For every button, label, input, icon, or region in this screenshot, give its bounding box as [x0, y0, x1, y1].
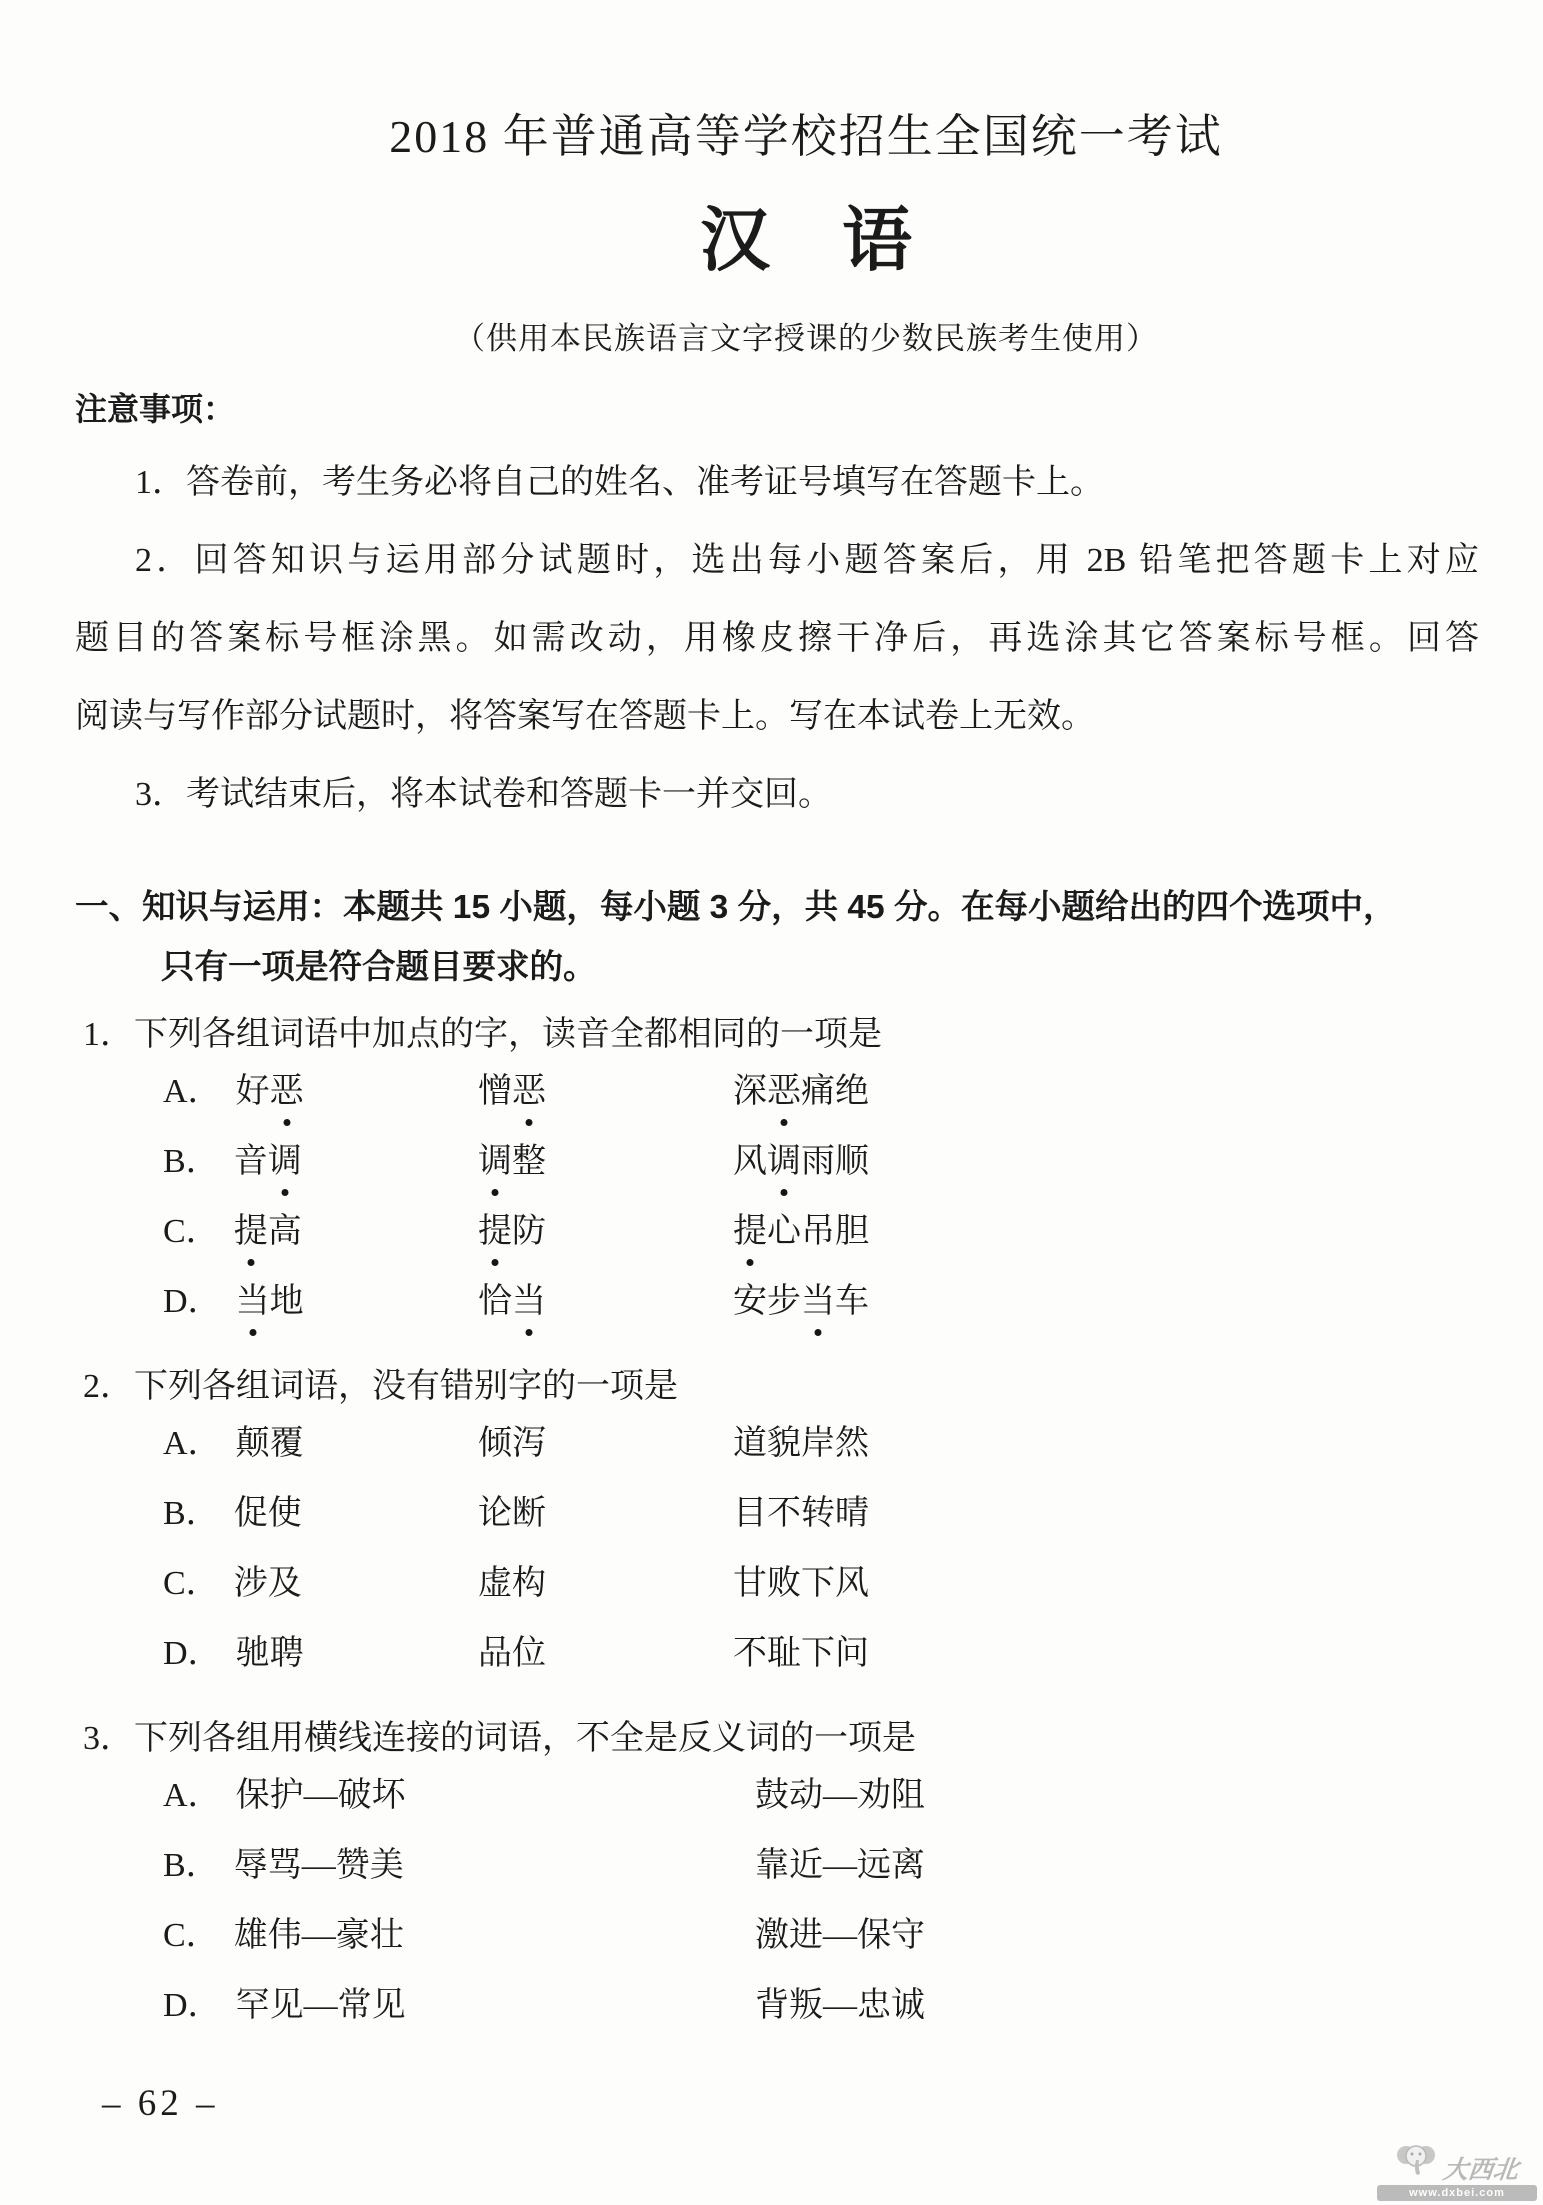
option-cell: B．辱骂—赞美	[163, 1844, 755, 1888]
option-cell: 品位	[478, 1632, 733, 1676]
option-word: 涉及	[234, 1565, 302, 1602]
option-word: 调整	[478, 1143, 546, 1180]
exam-title: 2018 年普通高等学校招生全国统一考试	[133, 100, 1479, 166]
option-cell: 不耻下问	[733, 1632, 1479, 1676]
option-cell: D．驰聘	[163, 1632, 478, 1676]
option-word: 好恶	[236, 1073, 304, 1110]
option-word: 提高	[234, 1213, 302, 1250]
option-cell: 提防	[478, 1210, 733, 1254]
subject-char-1: 汉	[700, 201, 770, 279]
option-cell: 鼓动—劝阻	[755, 1774, 1479, 1818]
option-word: 倾泻	[478, 1425, 546, 1462]
question-1-option-B: B．音调调整风调雨顺	[163, 1140, 1479, 1210]
notice-line-3: 题目的答案标号框涂黑。如需改动，用橡皮擦干净后，再选涂其它答案标号框。回答	[75, 600, 1479, 678]
watermark-url: www.dxbei.com	[1377, 2185, 1537, 2201]
question-3: 3．下列各组用横线连接的词语，不全是反义词的一项是A．保护—破坏鼓动—劝阻B．辱…	[75, 1716, 1479, 2054]
option-label: B．	[163, 1847, 220, 1884]
option-word: 辱骂—赞美	[234, 1847, 404, 1884]
option-word: 雄伟—豪壮	[234, 1917, 404, 1954]
option-cell: D．罕见—常见	[163, 1984, 755, 2028]
option-word: 激进—保守	[755, 1917, 925, 1954]
option-word: 音调	[234, 1143, 302, 1180]
option-word: 不耻下问	[733, 1635, 869, 1672]
option-word: 促使	[234, 1495, 302, 1532]
option-word: 保护—破坏	[236, 1777, 406, 1814]
option-word: 憎恶	[478, 1073, 546, 1110]
audience-note: （供用本民族语言文字授课的少数民族考生使用）	[133, 313, 1479, 358]
option-cell: B．音调	[163, 1140, 478, 1184]
option-label: A．	[163, 1777, 222, 1814]
question-list: 1．下列各组词语中加点的字，读音全都相同的一项是A．好恶憎恶深恶痛绝B．音调调整…	[75, 1012, 1479, 2054]
exam-subject: 汉语	[133, 202, 1479, 279]
option-cell: 背叛—忠诚	[755, 1984, 1479, 2028]
option-word: 虚构	[478, 1565, 546, 1602]
question-1-stem: 1．下列各组词语中加点的字，读音全都相同的一项是	[83, 1012, 1479, 1058]
option-label: A．	[163, 1425, 222, 1462]
option-cell: 虚构	[478, 1562, 733, 1606]
section-heading-line-1: 一、知识与运用：本题共 15 小题，每小题 3 分，共 45 分。在每小题给出的…	[75, 878, 1479, 938]
exam-paper-page: 2018 年普通高等学校招生全国统一考试 汉语 （供用本民族语言文字授课的少数民…	[0, 0, 1543, 2205]
option-label: B．	[163, 1143, 220, 1180]
option-label: B．	[163, 1495, 220, 1532]
option-word: 深恶痛绝	[733, 1073, 869, 1110]
option-cell: 安步当车	[733, 1280, 1479, 1324]
page-number: – 62 –	[102, 2082, 219, 2125]
option-label: C．	[163, 1917, 220, 1954]
option-cell: 深恶痛绝	[733, 1070, 1479, 1114]
option-word: 恰当	[478, 1283, 546, 1320]
option-word: 背叛—忠诚	[755, 1987, 925, 2024]
option-cell: D．当地	[163, 1280, 478, 1324]
option-cell: C．涉及	[163, 1562, 478, 1606]
question-1-option-C: C．提高提防提心吊胆	[163, 1210, 1479, 1280]
option-word: 甘败下风	[733, 1565, 869, 1602]
option-label: D．	[163, 1635, 222, 1672]
question-3-stem: 3．下列各组用横线连接的词语，不全是反义词的一项是	[83, 1716, 1479, 1762]
watermark: 大西北 www.dxbei.com	[1377, 2142, 1537, 2201]
option-word: 目不转晴	[733, 1495, 869, 1532]
option-word: 颠覆	[236, 1425, 304, 1462]
option-cell: A．好恶	[163, 1070, 478, 1114]
paper-header: 2018 年普通高等学校招生全国统一考试 汉语 （供用本民族语言文字授课的少数民…	[75, 100, 1479, 358]
option-cell: 倾泻	[478, 1422, 733, 1466]
option-cell: 道貌岸然	[733, 1422, 1479, 1466]
notice-line-5: 3．考试结束后，将本试卷和答题卡一并交回。	[75, 756, 1479, 834]
subject-char-2: 语	[842, 201, 912, 279]
question-1: 1．下列各组词语中加点的字，读音全都相同的一项是A．好恶憎恶深恶痛绝B．音调调整…	[75, 1012, 1479, 1350]
option-cell: B．促使	[163, 1492, 478, 1536]
option-word: 安步当车	[733, 1283, 869, 1320]
option-word: 罕见—常见	[236, 1987, 406, 2024]
section-heading-line-2: 只有一项是符合题目要求的。	[75, 938, 1479, 998]
option-label: A．	[163, 1073, 222, 1110]
option-cell: 靠近—远离	[755, 1844, 1479, 1888]
option-cell: 论断	[478, 1492, 733, 1536]
option-word: 提防	[478, 1213, 546, 1250]
option-cell: 憎恶	[478, 1070, 733, 1114]
option-word: 风调雨顺	[733, 1143, 869, 1180]
option-cell: C．雄伟—豪壮	[163, 1914, 755, 1958]
option-word: 道貌岸然	[733, 1425, 869, 1462]
watermark-brand: 大西北	[1442, 2158, 1520, 2183]
section-heading: 一、知识与运用：本题共 15 小题，每小题 3 分，共 45 分。在每小题给出的…	[75, 878, 1479, 998]
option-word: 提心吊胆	[733, 1213, 869, 1250]
option-label: C．	[163, 1213, 220, 1250]
option-word: 靠近—远离	[755, 1847, 925, 1884]
question-3-option-C: C．雄伟—豪壮激进—保守	[163, 1914, 1479, 1984]
question-1-option-D: D．当地恰当安步当车	[163, 1280, 1479, 1350]
notice-line-1: 1．答卷前，考生务必将自己的姓名、准考证号填写在答题卡上。	[75, 444, 1479, 522]
option-label: D．	[163, 1283, 222, 1320]
question-2-option-A: A．颠覆倾泻道貌岸然	[163, 1422, 1479, 1492]
option-cell: 提心吊胆	[733, 1210, 1479, 1254]
option-label: C．	[163, 1565, 220, 1602]
option-cell: 调整	[478, 1140, 733, 1184]
option-cell: C．提高	[163, 1210, 478, 1254]
option-label: D．	[163, 1987, 222, 2024]
elephant-logo-icon	[1395, 2142, 1437, 2183]
notice-line-4: 阅读与写作部分试题时，将答案写在答题卡上。写在本试卷上无效。	[75, 678, 1479, 756]
question-2-option-D: D．驰聘品位不耻下问	[163, 1632, 1479, 1702]
option-word: 当地	[236, 1283, 304, 1320]
option-cell: A．颠覆	[163, 1422, 478, 1466]
watermark-top: 大西北	[1377, 2142, 1537, 2183]
option-cell: 甘败下风	[733, 1562, 1479, 1606]
question-3-option-D: D．罕见—常见背叛—忠诚	[163, 1984, 1479, 2054]
question-2-option-C: C．涉及虚构甘败下风	[163, 1562, 1479, 1632]
option-cell: 目不转晴	[733, 1492, 1479, 1536]
option-word: 品位	[478, 1635, 546, 1672]
question-3-option-A: A．保护—破坏鼓动—劝阻	[163, 1774, 1479, 1844]
notice-heading: 注意事项：	[75, 384, 1479, 430]
question-2-option-B: B．促使论断目不转晴	[163, 1492, 1479, 1562]
question-1-option-A: A．好恶憎恶深恶痛绝	[163, 1070, 1479, 1140]
question-2: 2．下列各组词语，没有错别字的一项是A．颠覆倾泻道貌岸然B．促使论断目不转晴C．…	[75, 1364, 1479, 1702]
question-2-stem: 2．下列各组词语，没有错别字的一项是	[83, 1364, 1479, 1410]
option-cell: 风调雨顺	[733, 1140, 1479, 1184]
option-word: 论断	[478, 1495, 546, 1532]
question-3-option-B: B．辱骂—赞美靠近—远离	[163, 1844, 1479, 1914]
option-word: 鼓动—劝阻	[755, 1777, 925, 1814]
notice-list: 1．答卷前，考生务必将自己的姓名、准考证号填写在答题卡上。2．回答知识与运用部分…	[75, 444, 1479, 834]
option-cell: 激进—保守	[755, 1914, 1479, 1958]
option-cell: A．保护—破坏	[163, 1774, 755, 1818]
notice-line-2: 2．回答知识与运用部分试题时，选出每小题答案后，用 2B 铅笔把答题卡上对应	[75, 522, 1479, 600]
option-cell: 恰当	[478, 1280, 733, 1324]
option-word: 驰聘	[236, 1635, 304, 1672]
